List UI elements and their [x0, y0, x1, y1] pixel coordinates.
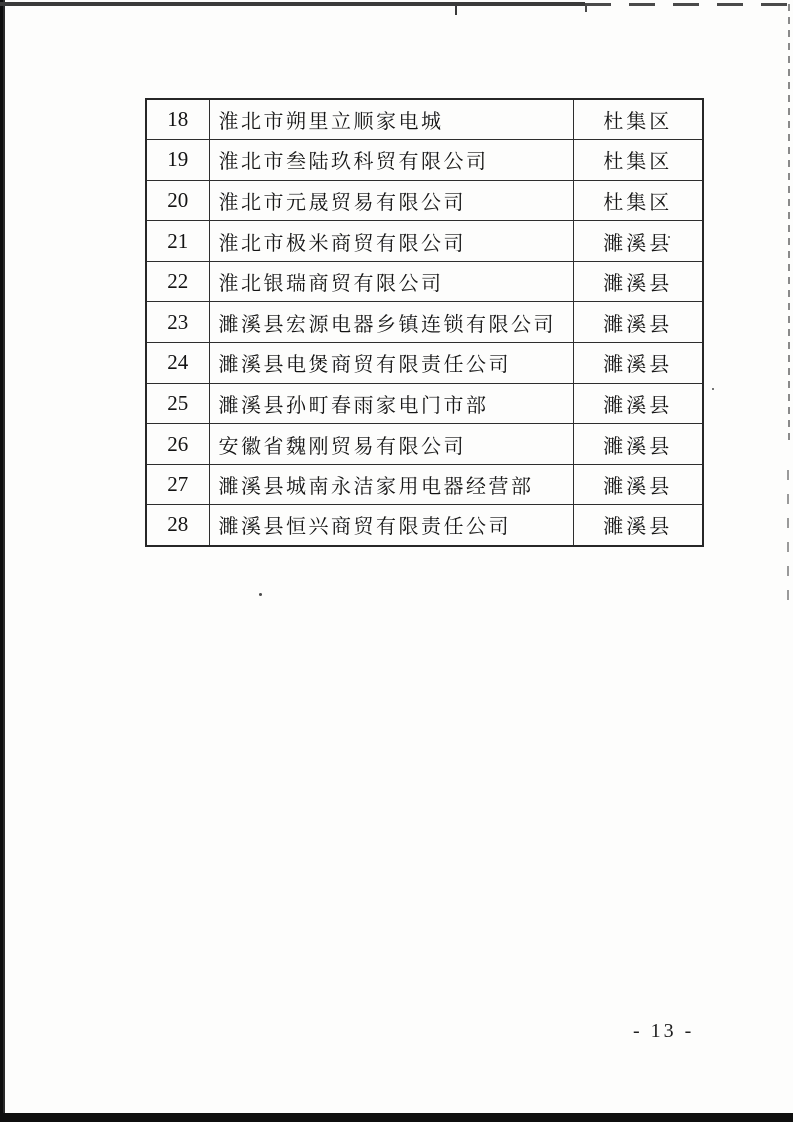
- row-number-cell: 19: [146, 140, 209, 181]
- row-number-cell: 21: [146, 221, 209, 262]
- company-name-cell: 濉溪县城南永洁家用电器经营部: [209, 464, 573, 505]
- scan-border-top-dashes: [585, 3, 793, 6]
- scan-speck: [712, 388, 714, 390]
- table-row: 25 濉溪县孙町春雨家电门市部 濉溪县: [146, 383, 703, 424]
- district-cell: 濉溪县: [573, 261, 703, 302]
- company-name-cell: 安徽省魏刚贸易有限公司: [209, 424, 573, 465]
- row-number-cell: 25: [146, 383, 209, 424]
- company-name-cell: 濉溪县电煲商贸有限责任公司: [209, 343, 573, 384]
- district-cell: 濉溪县: [573, 424, 703, 465]
- scan-border-right: [787, 470, 789, 600]
- company-table-body: 18 淮北市朔里立顺家电城 杜集区 19 淮北市叁陆玖科贸有限公司 杜集区 20…: [146, 99, 703, 546]
- district-cell: 濉溪县: [573, 383, 703, 424]
- row-number-cell: 26: [146, 424, 209, 465]
- district-cell: 杜集区: [573, 140, 703, 181]
- table-row: 18 淮北市朔里立顺家电城 杜集区: [146, 99, 703, 140]
- scan-border-left: [0, 0, 5, 1122]
- scan-border-top: [0, 2, 585, 6]
- row-number-cell: 28: [146, 505, 209, 546]
- row-number-cell: 22: [146, 261, 209, 302]
- district-cell: 濉溪县: [573, 343, 703, 384]
- company-name-cell: 濉溪县宏源电器乡镇连锁有限公司: [209, 302, 573, 343]
- district-cell: 濉溪县: [573, 221, 703, 262]
- scan-border-top-tick: [455, 6, 457, 15]
- table-row: 27 濉溪县城南永洁家用电器经营部 濉溪县: [146, 464, 703, 505]
- scanned-page: 18 淮北市朔里立顺家电城 杜集区 19 淮北市叁陆玖科贸有限公司 杜集区 20…: [0, 0, 793, 1122]
- scan-speck: [259, 593, 262, 596]
- company-name-cell: 淮北市叁陆玖科贸有限公司: [209, 140, 573, 181]
- company-name-cell: 淮北市元晟贸易有限公司: [209, 180, 573, 221]
- row-number-cell: 20: [146, 180, 209, 221]
- table-row: 19 淮北市叁陆玖科贸有限公司 杜集区: [146, 140, 703, 181]
- scan-border-top-tick: [585, 5, 587, 12]
- scan-border-bottom: [0, 1113, 793, 1122]
- district-cell: 杜集区: [573, 180, 703, 221]
- scan-border-right: [788, 4, 790, 444]
- district-cell: 濉溪县: [573, 505, 703, 546]
- district-cell: 杜集区: [573, 99, 703, 140]
- company-name-cell: 淮北市极米商贸有限公司: [209, 221, 573, 262]
- table-row: 28 濉溪县恒兴商贸有限责任公司 濉溪县: [146, 505, 703, 546]
- page-number: - 13 -: [633, 1020, 694, 1043]
- table-row: 22 淮北银瑞商贸有限公司 濉溪县: [146, 261, 703, 302]
- table-row: 23 濉溪县宏源电器乡镇连锁有限公司 濉溪县: [146, 302, 703, 343]
- table-row: 20 淮北市元晟贸易有限公司 杜集区: [146, 180, 703, 221]
- district-cell: 濉溪县: [573, 464, 703, 505]
- table-row: 21 淮北市极米商贸有限公司 濉溪县: [146, 221, 703, 262]
- district-cell: 濉溪县: [573, 302, 703, 343]
- row-number-cell: 24: [146, 343, 209, 384]
- row-number-cell: 18: [146, 99, 209, 140]
- company-name-cell: 淮北银瑞商贸有限公司: [209, 261, 573, 302]
- company-name-cell: 濉溪县恒兴商贸有限责任公司: [209, 505, 573, 546]
- row-number-cell: 23: [146, 302, 209, 343]
- company-name-cell: 濉溪县孙町春雨家电门市部: [209, 383, 573, 424]
- company-name-cell: 淮北市朔里立顺家电城: [209, 99, 573, 140]
- company-table: 18 淮北市朔里立顺家电城 杜集区 19 淮北市叁陆玖科贸有限公司 杜集区 20…: [145, 98, 704, 547]
- row-number-cell: 27: [146, 464, 209, 505]
- table-row: 24 濉溪县电煲商贸有限责任公司 濉溪县: [146, 343, 703, 384]
- table-row: 26 安徽省魏刚贸易有限公司 濉溪县: [146, 424, 703, 465]
